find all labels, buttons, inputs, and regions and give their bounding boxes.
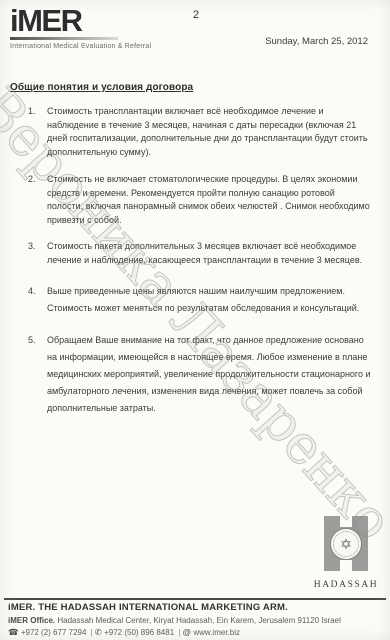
footer-website: www.imer.biz bbox=[191, 628, 240, 637]
hadassah-h-mark: ✡ bbox=[324, 516, 368, 571]
document-date: Sunday, March 25, 2012 bbox=[265, 36, 368, 47]
phone-icon: ☎ bbox=[8, 627, 19, 637]
list-item: 4. Выше приведенные цены являются нашим … bbox=[28, 283, 378, 317]
footer-office-label: iMER Office. bbox=[8, 616, 55, 625]
hadassah-logo: ✡ HADASSAH bbox=[313, 516, 379, 590]
footer-phone: +972 (2) 677 7294 bbox=[19, 628, 89, 637]
page-number: 2 bbox=[193, 9, 199, 21]
list-item: 5. Обращаем Ваше внимание на тот факт, ч… bbox=[28, 332, 378, 417]
hadassah-emblem-seal: ✡ bbox=[330, 528, 362, 560]
list-item: 1. Стоимость трансплантации включает всё… bbox=[28, 105, 378, 159]
footer-office-address: Hadassah Medical Center, Kiryat Hadassah… bbox=[55, 616, 341, 625]
item-number: 2. bbox=[28, 173, 47, 227]
star-of-david-icon: ✡ bbox=[340, 537, 352, 551]
footer-divider bbox=[4, 598, 386, 600]
footer-title: iMER. THE HADASSAH INTERNATIONAL MARKETI… bbox=[8, 602, 288, 613]
imer-logo-text: iMER bbox=[10, 6, 180, 36]
document-title: Общие понятия и условия договора bbox=[10, 82, 378, 93]
at-web-icon: @ bbox=[182, 627, 191, 637]
document-body: Общие понятия и условия договора 1. Стои… bbox=[10, 82, 378, 417]
item-number: 3. bbox=[28, 240, 47, 267]
imer-logo-tagline: International Medical Evaluation & Refer… bbox=[10, 43, 180, 50]
list-item: 2. Стоимость не включает стоматологическ… bbox=[28, 173, 378, 227]
item-number: 4. bbox=[28, 283, 47, 317]
item-number: 1. bbox=[28, 105, 47, 159]
terms-list: 1. Стоимость трансплантации включает всё… bbox=[10, 105, 378, 417]
footer-details: iMER Office. Hadassah Medical Center, Ki… bbox=[8, 616, 386, 638]
footer-fax: +972 (50) 896 8481 bbox=[102, 628, 177, 637]
item-text: Стоимость трансплантации включает всё не… bbox=[47, 105, 373, 159]
footer-address-line: iMER Office. Hadassah Medical Center, Ki… bbox=[8, 616, 386, 627]
footer-separator: | bbox=[91, 628, 93, 637]
item-number: 5. bbox=[28, 332, 47, 417]
item-text: Обращаем Ваше внимание на тот факт, что … bbox=[47, 332, 373, 417]
scanned-document-page: iMER International Medical Evaluation & … bbox=[0, 0, 390, 640]
list-item: 3. Стоимость пакета дополнительных 3 мес… bbox=[28, 240, 378, 267]
footer-contact-line: ☎ +972 (2) 677 7294 |✆ +972 (50) 896 848… bbox=[8, 627, 386, 639]
item-text: Выше приведенные цены являются нашим наи… bbox=[47, 283, 373, 317]
imer-logo: iMER International Medical Evaluation & … bbox=[10, 6, 180, 50]
fax-icon: ✆ bbox=[95, 627, 102, 637]
item-text: Стоимость не включает стоматологические … bbox=[47, 173, 373, 227]
footer-separator: | bbox=[178, 628, 180, 637]
hadassah-wordmark: HADASSAH bbox=[313, 580, 379, 590]
item-text: Стоимость пакета дополнительных 3 месяце… bbox=[47, 240, 373, 267]
